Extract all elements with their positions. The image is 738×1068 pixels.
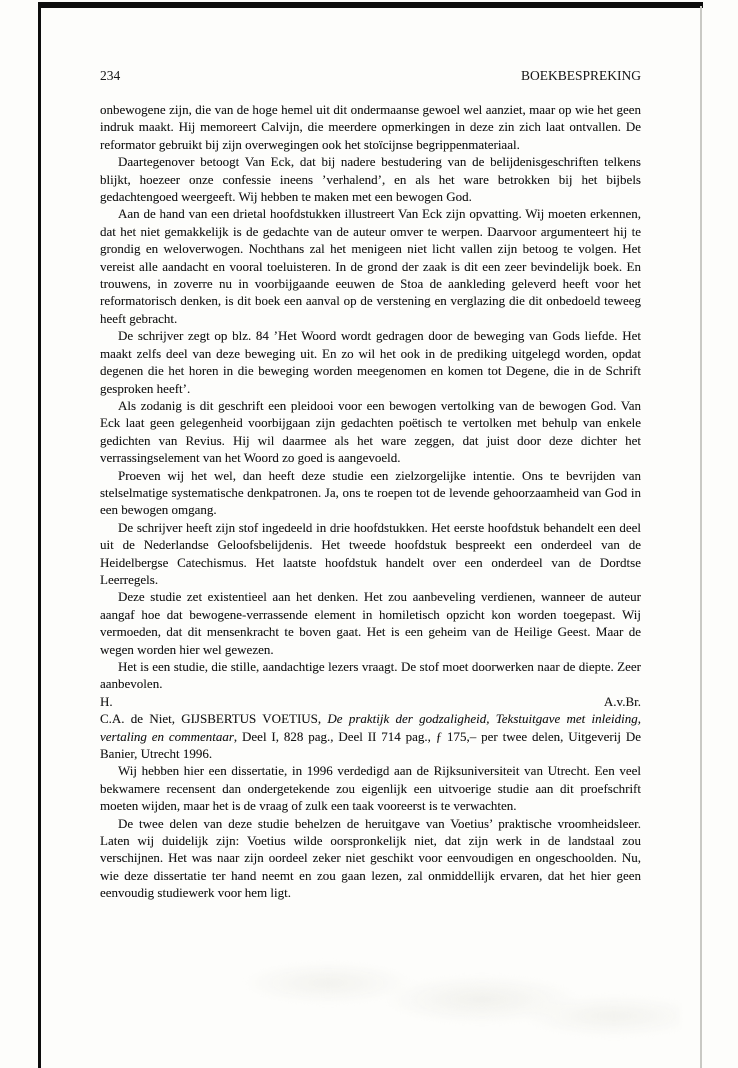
page-edge-left (38, 2, 41, 1068)
book-citation: C.A. de Niet, GIJSBERTUS VOETIUS, De pra… (100, 710, 641, 762)
paragraph: De schrijver heeft zijn stof ingedeeld i… (100, 519, 641, 589)
paragraph: De twee delen van deze studie behelzen d… (100, 815, 641, 902)
paragraph: Aan de hand van een drietal hoofdstukken… (100, 205, 641, 327)
page-number: 234 (100, 67, 120, 85)
bleed-through-ghost (240, 950, 680, 1060)
paragraph: Als zodanig is dit geschrift een pleidoo… (100, 397, 641, 467)
paragraph: Daartegenover betoogt Van Eck, dat bij n… (100, 153, 641, 205)
citation-authors: C.A. de Niet, GIJSBERTUS VOETIUS, (100, 711, 327, 726)
paragraph: Wij hebben hier een dissertatie, in 1996… (100, 762, 641, 814)
page-content: 234 BOEKBESPREKING onbewogene zijn, die … (100, 67, 641, 902)
paragraph-continuation: onbewogene zijn, die van de hoge hemel u… (100, 101, 641, 153)
page-header: 234 BOEKBESPREKING (100, 67, 641, 85)
scanned-book-page: 234 BOEKBESPREKING onbewogene zijn, die … (0, 0, 738, 1068)
reviewer-initials-right: A.v.Br. (604, 693, 641, 710)
paragraph: De schrijver zegt op blz. 84 ’Het Woord … (100, 327, 641, 397)
review-text: onbewogene zijn, die van de hoge hemel u… (100, 101, 641, 902)
page-edge-right (700, 6, 702, 1068)
page-edge-top (38, 2, 703, 8)
running-title: BOEKBESPREKING (521, 67, 641, 85)
paragraph: Het is een studie, die stille, aandachti… (100, 658, 641, 693)
signature-row: H. A.v.Br. (100, 693, 641, 710)
paragraph: Proeven wij het wel, dan heeft deze stud… (100, 467, 641, 519)
reviewer-initial-left: H. (100, 693, 113, 710)
paragraph: Deze studie zet existentieel aan het den… (100, 588, 641, 658)
